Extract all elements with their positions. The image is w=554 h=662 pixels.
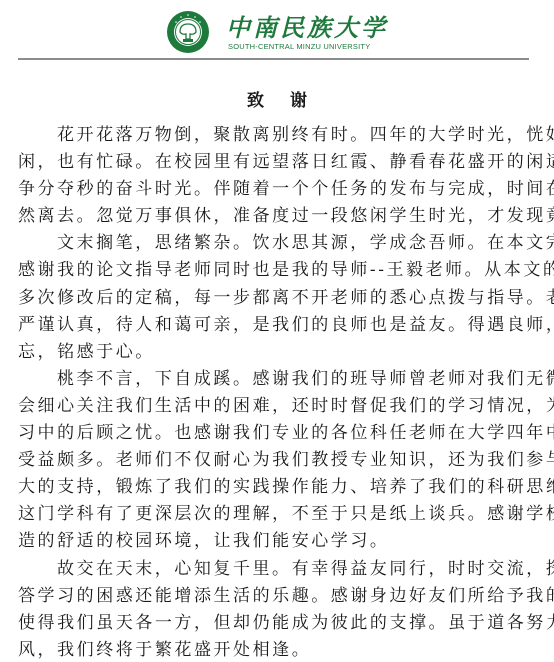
text-line: 大的支持，锻炼了我们的实践操作能力、培养了我们的科研思维，使我们对生物学: [18, 474, 530, 501]
paragraph-2: 文末搁笔，思绪繁杂。饮水思其源，学成念吾师。在本文完成之际，我首先要 感谢我的论…: [18, 230, 530, 365]
text-line: 这门学科有了更深层次的理解，不至于只是纸上谈兵。感谢学校以及学院为我们打: [18, 501, 530, 528]
text-line: 感谢我的论文指导老师同时也是我的导师--王毅老师。从本文的选题到设计提纲及: [18, 257, 530, 284]
text-line: 然离去。忽觉万事俱休，准备度过一段悠闲学生时光，才发现竟该说再见了。: [18, 203, 530, 230]
text-line: 争分夺秒的奋斗时光。伴随着一个个任务的发布与完成，时间在一步步的追逐中悄: [18, 176, 530, 203]
text-line: 故交在天末，心知复千里。有幸得益友同行，时时交流，探讨问题，不仅能解: [18, 556, 530, 583]
page-header: 中南民族大学 SOUTH-CENTRAL MINZU UNIVERSITY: [0, 0, 554, 62]
page-title: 致 谢: [0, 86, 554, 111]
text-line: 桃李不言，下自成蹊。感谢我们的班导师曾老师对我们无微不至的关照，不仅: [18, 366, 530, 393]
university-name-en: SOUTH-CENTRAL MINZU UNIVERSITY: [228, 42, 370, 51]
text-line: 花开花落万物倒，聚散离别终有时。四年的大学时光，恍如昨日，我们有悠: [18, 122, 530, 149]
text-line: 严谨认真，待人和蔼可亲，是我们的良师也是益友。得遇良师，吾之幸也，师恩难: [18, 312, 530, 339]
text-line: 会细心关注我们生活中的困难，还时时督促我们的学习情况，为我们解决生活和学: [18, 393, 530, 420]
text-line: 受益颇多。老师们不仅耐心为我们教授专业知识，还为我们参与各个竞赛提供了巨: [18, 447, 530, 474]
paragraph-3: 桃李不言，下自成蹊。感谢我们的班导师曾老师对我们无微不至的关照，不仅 会细心关注…: [18, 366, 530, 556]
text-line: 答学习的困惑还能增添生活的乐趣。感谢身边好友们所给予我的积极向上的能量，: [18, 583, 530, 610]
university-name-cn: 中南民族大学: [226, 8, 388, 43]
text-line: 多次修改后的定稿，每一步都离不开老师的悉心点拨与指导。老师知识渊博，为学: [18, 285, 530, 312]
text-line: 造的舒适的校园环境，让我们能安心学习。: [18, 528, 530, 555]
text-line: 习中的后顾之忧。也感谢我们专业的各位科任老师在大学四年中的倾囊相授，让我: [18, 420, 530, 447]
text-line: 使得我们虽天各一方，但却仍能成为彼此的支撑。虽于道各努力，但相信千里自同: [18, 610, 530, 637]
paragraph-1: 花开花落万物倒，聚散离别终有时。四年的大学时光，恍如昨日，我们有悠 闲，也有忙碌…: [18, 122, 530, 230]
text-line: 风，我们终将于繁花盛开处相逢。: [18, 637, 530, 662]
header-divider: [18, 58, 529, 60]
text-line: 闲，也有忙碌。在校园里有远望落日红霞、静看春花盛开的闲适，也有步履匆匆，: [18, 149, 530, 176]
text-line: 忘，铭感于心。: [18, 339, 530, 366]
acknowledgement-body: 花开花落万物倒，聚散离别终有时。四年的大学时光，恍如昨日，我们有悠 闲，也有忙碌…: [18, 122, 530, 662]
paragraph-4: 故交在天末，心知复千里。有幸得益友同行，时时交流，探讨问题，不仅能解 答学习的困…: [18, 556, 530, 662]
text-line: 文末搁笔，思绪繁杂。饮水思其源，学成念吾师。在本文完成之际，我首先要: [18, 230, 530, 257]
university-seal-icon: [166, 10, 210, 54]
